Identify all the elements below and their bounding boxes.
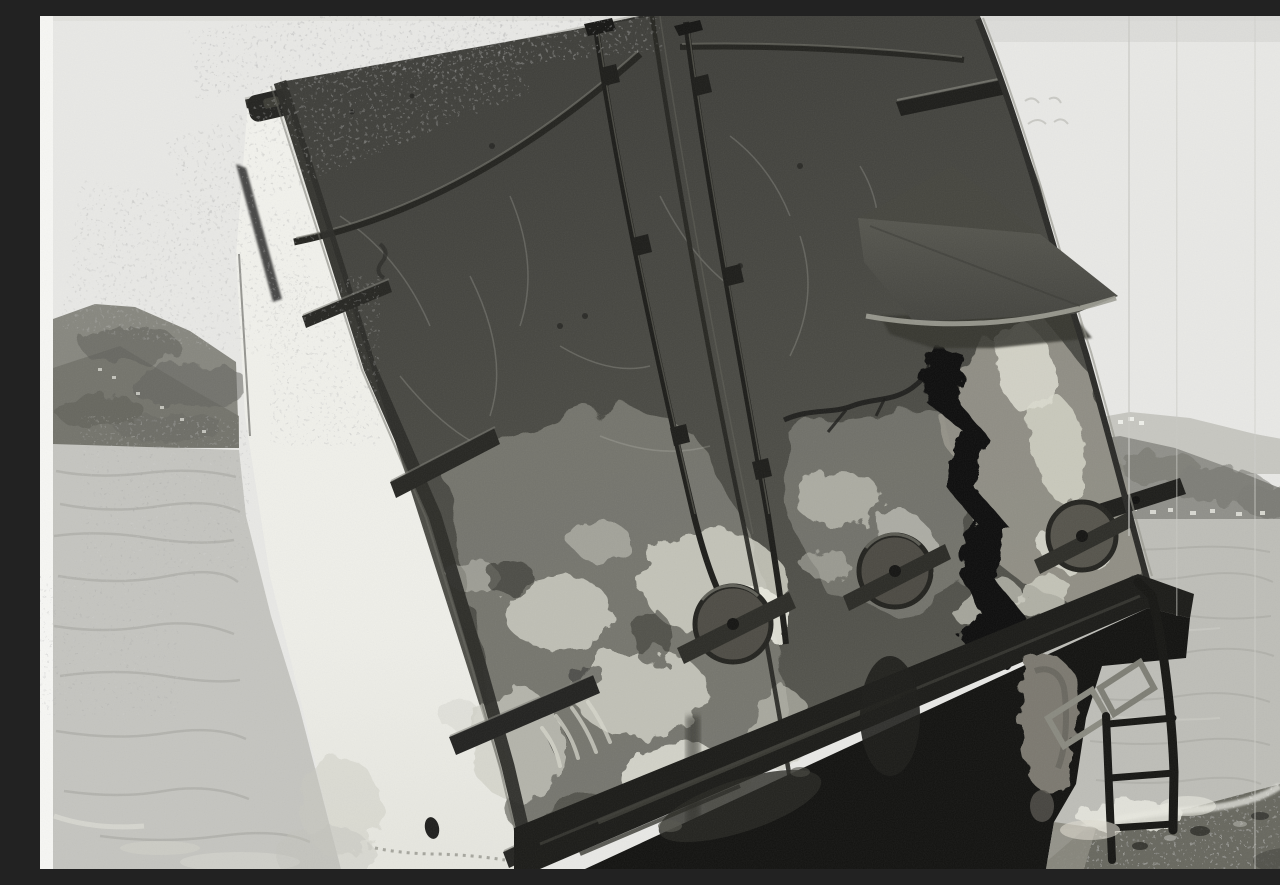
photo-canvas xyxy=(40,16,1280,869)
monochrome-photograph xyxy=(40,16,1280,869)
photo-artifacts xyxy=(40,16,1280,869)
film-grain-overlay xyxy=(40,16,1280,869)
